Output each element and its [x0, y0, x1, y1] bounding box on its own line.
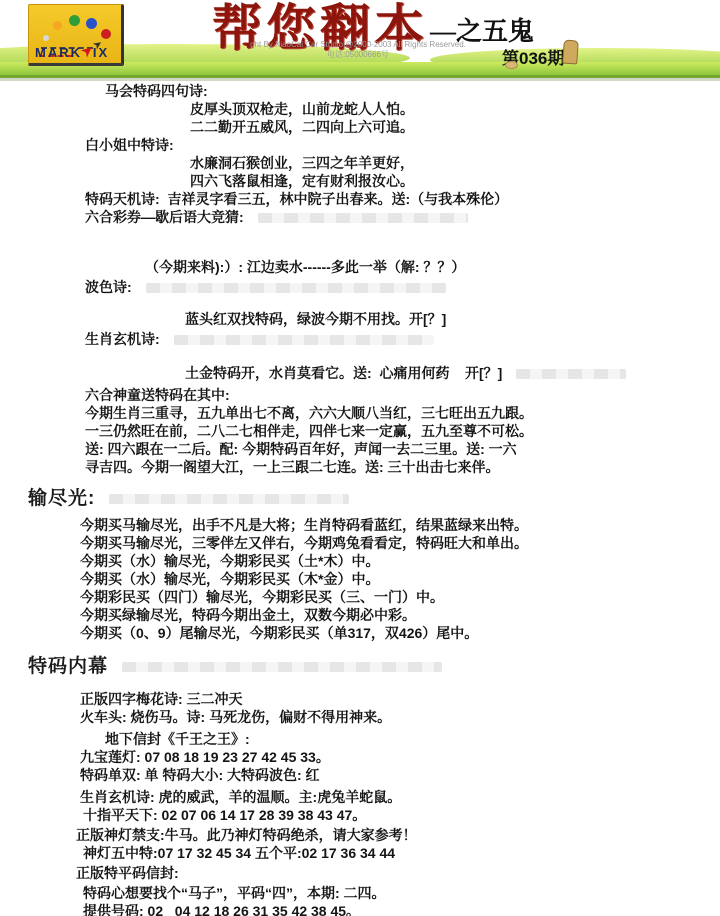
- text-line: 今期买（0、9）尾输尽光，今期彩民买（单317，双426）尾中。: [0, 624, 720, 642]
- text-line-content: 正版四字梅花诗: 三二冲天: [80, 691, 243, 707]
- text-line: 皮厚头顶双枪走，山前龙蛇人人怕。: [0, 100, 720, 118]
- text-line: 二二勤开五威风，二四向上六可追。: [0, 118, 720, 136]
- text-line-content: 正版神灯禁支:牛马。此乃神灯特码绝杀，请大家参考！: [76, 827, 417, 843]
- text-line-content: 今期买马输尽光，出手不凡是大将；生肖特码看蓝红，结果蓝绿来出特。: [80, 517, 528, 533]
- page: ➤ MARK ➤ IX 帮您翻本 —之五鬼 ght By XiaoCai Car…: [0, 0, 720, 916]
- text-line: 土金特码开，水肖莫看它。送: 心痛用何药 开[？]: [0, 364, 720, 382]
- text-line-content: 九宝莲灯: 07 08 18 19 23 27 42 45 33。: [80, 749, 330, 765]
- text-line: 今期彩民买（四门）输尽光，今期彩民买（三、一门）中。: [0, 588, 720, 606]
- text-line: 六合神童送特码在其中:: [0, 386, 720, 404]
- text-line: 正版四字梅花诗: 三二冲天: [0, 690, 720, 708]
- text-line: 六合彩券—歇后语大竞猜:: [0, 208, 720, 226]
- copyright-watermark: ght By XiaoCai Car Studio @2000-2003 All…: [228, 40, 488, 60]
- text-line-content: 神灯五中特:07 17 32 45 34 五个平:02 17 36 34 44: [83, 845, 395, 861]
- text-line: 今期买（水）输尽光，今期彩民买（土*木）中。: [0, 552, 720, 570]
- text-line-content: 输尽光:: [28, 488, 95, 509]
- text-line: 白小姐中特诗:: [0, 136, 720, 154]
- text-line-content: 今期买（水）输尽光，今期彩民买（土*木）中。: [80, 553, 379, 569]
- text-line-content: 特码单双: 单 特码大小: 大特码波色: 红: [80, 767, 320, 783]
- small-figure-icon: [562, 40, 579, 65]
- faded-text-smudge: [516, 369, 626, 379]
- text-line-content: 二二勤开五威风，二四向上六可追。: [190, 119, 414, 135]
- text-line-content: 今期买（水）输尽光，今期彩民买（木*金）中。: [80, 571, 379, 587]
- faded-text-smudge: [109, 494, 349, 504]
- text-line-content: 皮厚头顶双枪走，山前龙蛇人人怕。: [190, 101, 414, 117]
- text-line-content: 今期买马输尽光，三零伴左又伴右，今期鸡兔看看定，特码旺大和单出。: [80, 535, 528, 551]
- text-line: 地下信封《千王之王》:: [0, 730, 720, 748]
- text-line: 一三仍然旺在前，二八二七相伴走，四伴七来一定赢，五九至尊不可松。: [0, 422, 720, 440]
- text-line: 今期买（水）输尽光，今期彩民买（木*金）中。: [0, 570, 720, 588]
- logo-brand-left: MARK: [35, 45, 82, 60]
- text-line-content: 白小姐中特诗:: [85, 137, 174, 153]
- text-line: 今期买马输尽光，出手不凡是大将；生肖特码看蓝红，结果蓝绿来出特。: [0, 516, 720, 534]
- text-line-content: 今期彩民买（四门）输尽光，今期彩民买（三、一门）中。: [80, 589, 444, 605]
- text-line-content: 土金特码开，水肖莫看它。送: 心痛用何药 开[？]: [185, 365, 502, 381]
- text-line-content: 今期买（0、9）尾输尽光，今期彩民买（单317，双426）尾中。: [80, 625, 478, 641]
- text-line-content: 一三仍然旺在前，二八二七相伴走，四伴七来一定赢，五九至尊不可松。: [85, 423, 533, 439]
- text-line: 特码单双: 单 特码大小: 大特码波色: 红: [0, 766, 720, 784]
- text-line-content: 水廉洞石猴创业，三四之年羊更好，: [190, 155, 414, 171]
- text-line: 九宝莲灯: 07 08 18 19 23 27 42 45 33。: [0, 748, 720, 766]
- text-line-content: 寻吉四。今期一阁望大江，一上三跟二七连。送: 三十出击七来伴。: [85, 459, 500, 475]
- text-line: 寻吉四。今期一阁望大江，一上三跟二七连。送: 三十出击七来伴。: [0, 458, 720, 476]
- text-line: 十指平天下: 02 07 06 14 17 28 39 38 43 47。: [0, 806, 720, 824]
- logo-dot-red-icon: [101, 29, 111, 39]
- text-line-content: 今期生肖三重寻，五九单出七不离，六六大顺八当红，三七旺出五九跟。: [85, 405, 533, 421]
- faded-text-smudge: [174, 335, 434, 345]
- text-line-content: 送: 四六跟在一二后。配: 今期特码百年好，声闻一去二三里。送: 一六: [85, 441, 517, 457]
- logo-brand: MARK ➤ IX: [35, 43, 117, 61]
- text-line: 水廉洞石猴创业，三四之年羊更好，: [0, 154, 720, 172]
- text-line: 马会特码四句诗:: [0, 82, 720, 100]
- text-line: 提供号码: 02 04 12 18 26 31 35 42 38 45。: [0, 902, 720, 916]
- header: ➤ MARK ➤ IX 帮您翻本 —之五鬼 ght By XiaoCai Car…: [0, 0, 720, 78]
- text-line-content: 今期买绿输尽光，特码今期出金土，双数今期必中彩。: [80, 607, 416, 623]
- text-line: 今期买绿输尽光，特码今期出金土，双数今期必中彩。: [0, 606, 720, 624]
- text-line-content: 马会特码四句诗:: [105, 83, 208, 99]
- pebble-icon: [505, 61, 518, 69]
- faded-text-smudge: [258, 213, 468, 223]
- text-line-content: 正版特平码信封:: [76, 865, 179, 881]
- logo-dot-green-icon: [69, 15, 80, 26]
- text-line-content: 特码内幕: [28, 656, 108, 677]
- text-line-content: 四六飞落鼠相逢，定有财利报汝心。: [190, 173, 414, 189]
- text-line: 输尽光:: [0, 486, 720, 512]
- text-line: 今期买马输尽光，三零伴左又伴右，今期鸡兔看看定，特码旺大和单出。: [0, 534, 720, 552]
- text-line-content: 十指平天下: 02 07 06 14 17 28 39 38 43 47。: [83, 807, 366, 823]
- text-line-content: 六合神童送特码在其中:: [85, 387, 230, 403]
- text-line-content: 火车头: 烧伤马。诗: 马死龙伤，偏财不得用神来。: [80, 709, 391, 725]
- text-line: 生肖玄机诗:: [0, 330, 720, 348]
- text-line-content: 蓝头红双找特码，绿波今期不用找。开[？]: [185, 311, 446, 327]
- text-line: 生肖玄机诗: 虎的威武，羊的温顺。主:虎兔羊蛇鼠。: [0, 788, 720, 806]
- text-line: （今期来料):）: 江边卖水------多此一举（解: ？？）: [0, 258, 720, 276]
- text-line: 蓝头红双找特码，绿波今期不用找。开[？]: [0, 310, 720, 328]
- text-line: 正版特平码信封:: [0, 864, 720, 882]
- text-line-content: 六合彩券—歇后语大竞猜:: [85, 209, 244, 225]
- text-line-content: 波色诗:: [85, 279, 132, 295]
- text-line: 特码内幕: [0, 654, 720, 680]
- logo-dot-gray-icon: [43, 35, 49, 41]
- text-line: 正版神灯禁支:牛马。此乃神灯特码绝杀，请大家参考！: [0, 826, 720, 844]
- marksix-logo: ➤ MARK ➤ IX: [28, 4, 124, 66]
- text-line-content: （今期来料):）: 江边卖水------多此一举（解: ？？）: [145, 259, 465, 275]
- text-line: 今期生肖三重寻，五九单出七不离，六六大顺八当红，三七旺出五九跟。: [0, 404, 720, 422]
- logo-dot-orange-icon: [53, 21, 62, 30]
- text-line-content: 特码心想要找个“马子”，平码“四”，本期: 二四。: [83, 885, 386, 901]
- text-line: 特码天机诗: 吉祥灵字看三五，林中院子出春来。送:（与我本殊伦）: [0, 190, 720, 208]
- text-line-content: 提供号码: 02 04 12 18 26 31 35 42 38 45。: [83, 903, 360, 916]
- text-line: 火车头: 烧伤马。诗: 马死龙伤，偏财不得用神来。: [0, 708, 720, 726]
- text-line: 波色诗:: [0, 278, 720, 296]
- text-line-content: 生肖玄机诗: 虎的威武，羊的温顺。主:虎兔羊蛇鼠。: [80, 789, 401, 805]
- faded-text-smudge: [146, 283, 446, 293]
- text-line-content: 生肖玄机诗:: [85, 331, 160, 347]
- body-lines: 马会特码四句诗:皮厚头顶双枪走，山前龙蛇人人怕。二二勤开五威风，二四向上六可追。…: [0, 82, 720, 916]
- copyright-line1: ght By XiaoCai Car Studio @2000-2003 All…: [228, 40, 488, 50]
- faded-text-smudge: [122, 662, 442, 672]
- text-line-content: 地下信封《千王之王》:: [105, 731, 250, 747]
- text-line: 送: 四六跟在一二后。配: 今期特码百年好，声闻一去二三里。送: 一六: [0, 440, 720, 458]
- text-line-content: 特码天机诗: 吉祥灵字看三五，林中院子出春来。送:（与我本殊伦）: [85, 191, 508, 207]
- copyright-line2: 电话:05000666号: [228, 50, 488, 60]
- text-line: 神灯五中特:07 17 32 45 34 五个平:02 17 36 34 44: [0, 844, 720, 862]
- text-line: 四六飞落鼠相逢，定有财利报汝心。: [0, 172, 720, 190]
- text-line: 特码心想要找个“马子”，平码“四”，本期: 二四。: [0, 884, 720, 902]
- logo-dot-blue-icon: [86, 18, 97, 29]
